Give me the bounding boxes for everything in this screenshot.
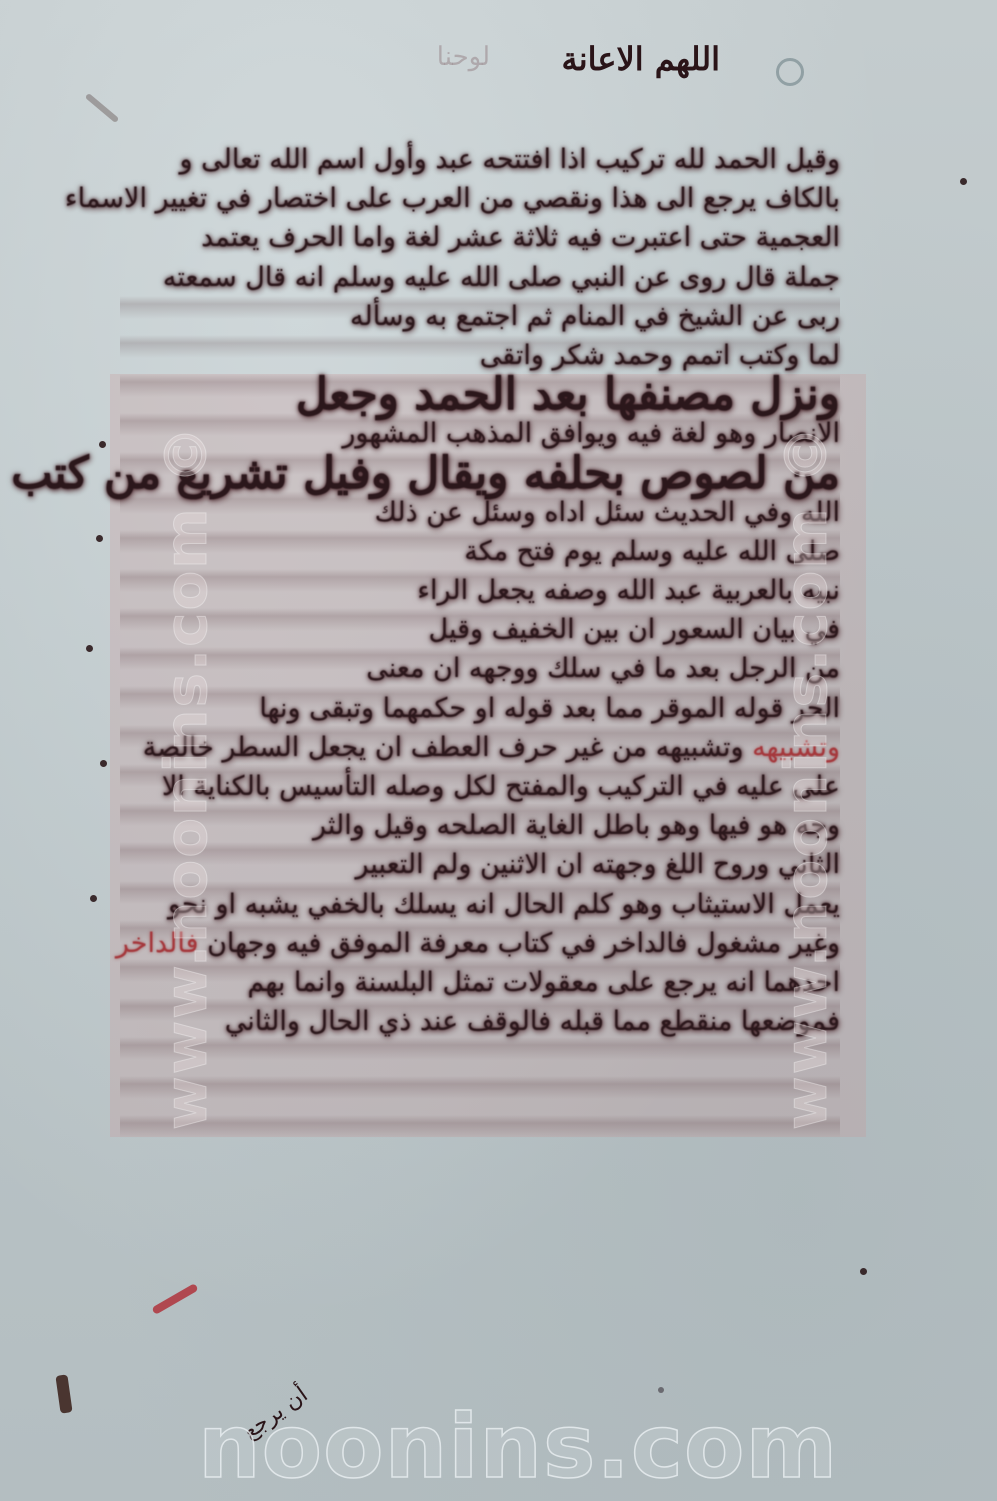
margin-dot [99, 441, 106, 448]
text-line: ونزل مصنفها بعد الحمد وجعل [95, 375, 840, 414]
margin-stroke [85, 93, 119, 123]
text-line: ربى عن الشيخ في المنام ثم اجتمع به وسأله [95, 297, 840, 336]
margin-dot [86, 645, 93, 652]
text-line: جملة قال روى عن النبي صلى الله عليه وسلم… [95, 258, 840, 297]
margin-dot [96, 535, 103, 542]
text-line: العجمية حتى اعتبرت فيه ثلاثة عشر لغة وام… [95, 218, 840, 257]
text-line: بالكاف يرجع الى هذا ونقصي من العرب على ا… [95, 179, 840, 218]
margin-dot [860, 1268, 867, 1275]
manuscript-photo: لوحنا اللهم الاعانة وقيل الحمد لله تركيب… [0, 0, 997, 1501]
watermark-vertical-right: www.noonins.com © [772, 424, 840, 1130]
folio-number-mark [776, 58, 804, 86]
faint-header-text: لوحنا [330, 42, 490, 92]
red-rubric-stroke [151, 1283, 198, 1315]
margin-dot [100, 760, 107, 767]
margin-ink-mark [55, 1374, 72, 1413]
watermark-bottom: noonins.com [198, 1395, 838, 1498]
watermark-vertical-left: www.noonins.com © [152, 424, 220, 1130]
margin-dot [960, 178, 967, 185]
margin-dot [658, 1387, 664, 1393]
text-line: وقيل الحمد لله تركيب اذا افتتحه عبد وأول… [95, 140, 840, 179]
page-header-invocation: اللهم الاعانة [470, 40, 720, 100]
margin-dot [90, 895, 97, 902]
